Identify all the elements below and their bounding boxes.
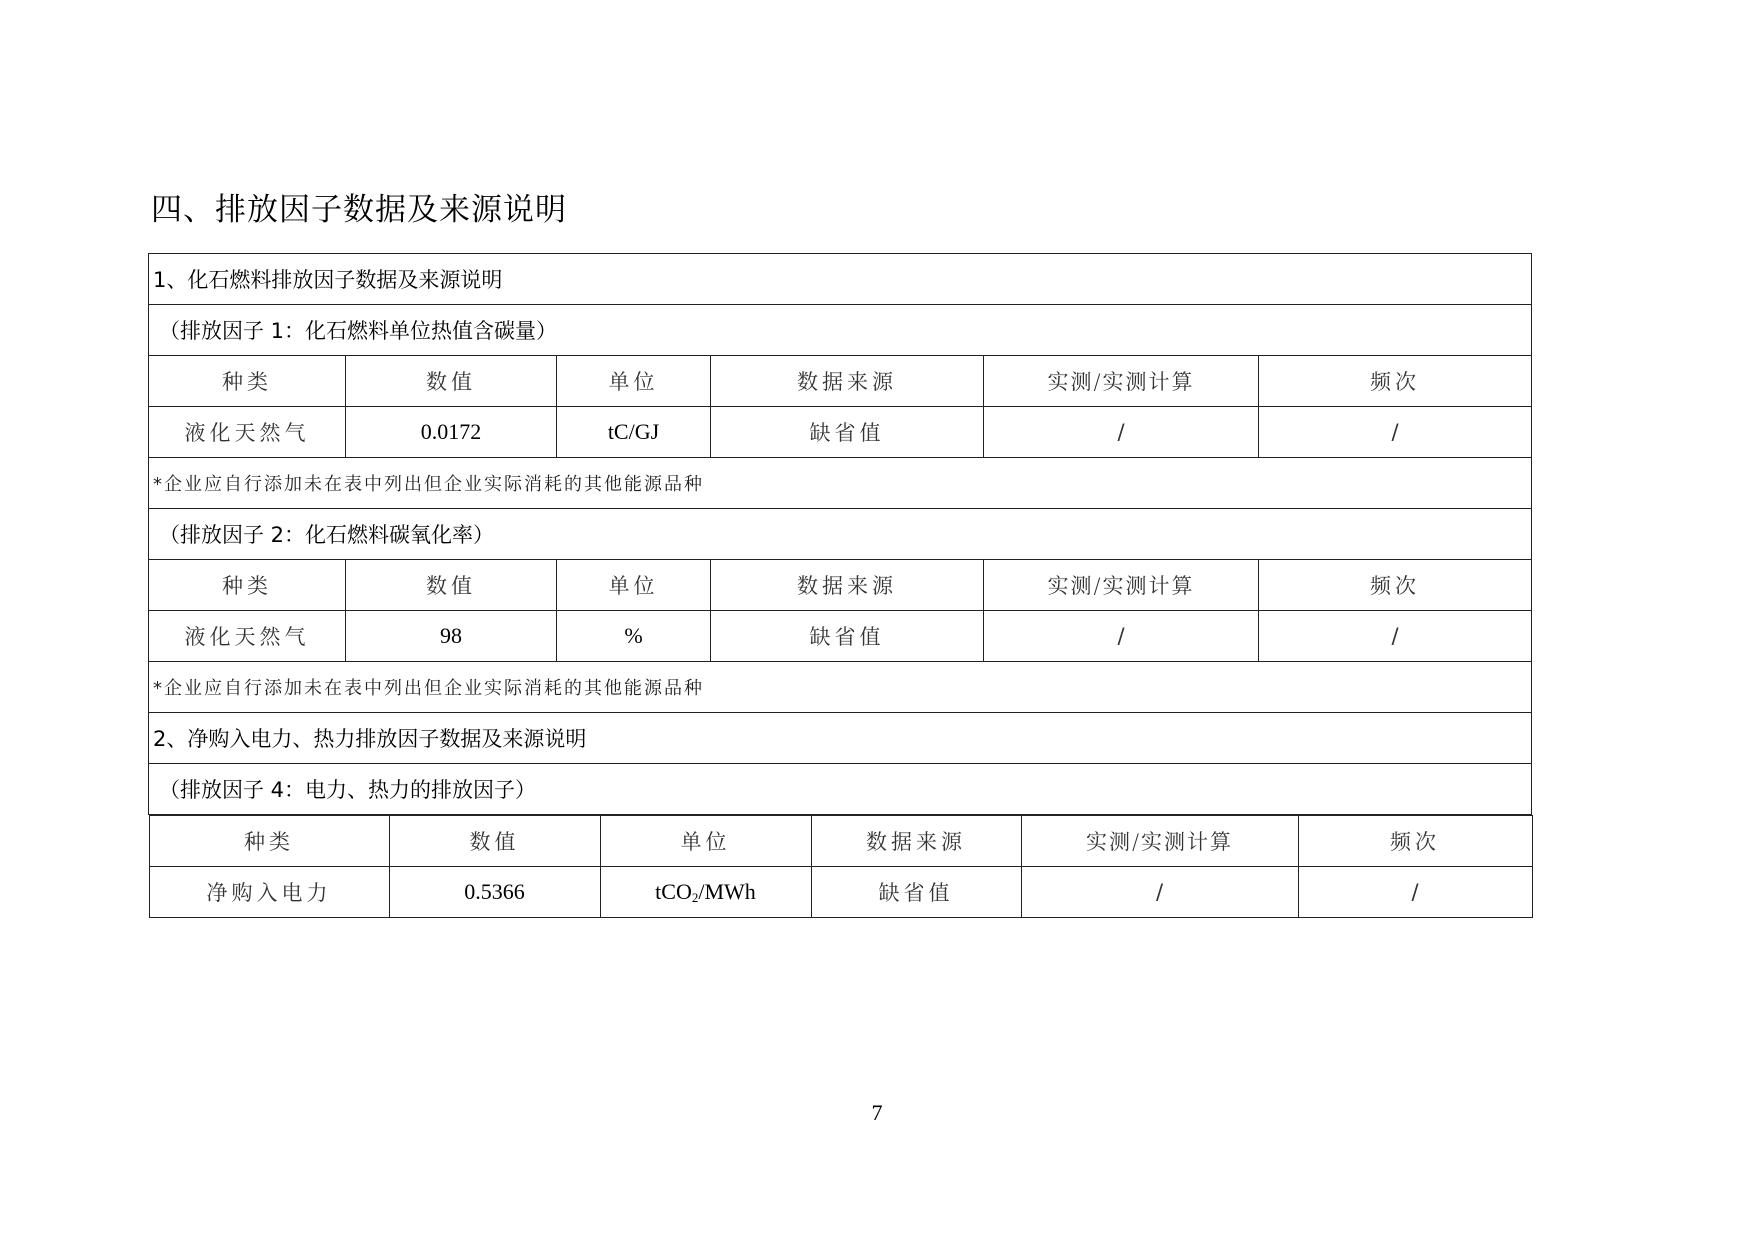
section-heading-row: 1、化石燃料排放因子数据及来源说明 [149, 254, 1532, 305]
table-row: 液化天然气 98 % 缺省值 / / [149, 611, 1532, 662]
column-header-source: 数据来源 [711, 560, 984, 611]
factor4-label: （排放因子 4：电力、热力的排放因子） [149, 764, 1532, 815]
page-title: 四、排放因子数据及来源说明 [151, 190, 567, 230]
cell-source: 缺省值 [711, 407, 984, 458]
column-header-kind: 种类 [149, 560, 346, 611]
cell-kind: 净购入电力 [149, 867, 389, 918]
column-header-value: 数值 [346, 560, 557, 611]
table-header-row: 种类 数值 单位 数据来源 实测/实测计算 频次 [149, 356, 1532, 407]
note-row: *企业应自行添加未在表中列出但企业实际消耗的其他能源品种 [149, 458, 1532, 509]
column-header-measured: 实测/实测计算 [1021, 816, 1298, 867]
column-header-value: 数值 [389, 816, 600, 867]
cell-value: 0.0172 [346, 407, 557, 458]
section2-heading: 2、净购入电力、热力排放因子数据及来源说明 [149, 713, 1532, 764]
column-header-measured: 实测/实测计算 [984, 356, 1259, 407]
column-header-source: 数据来源 [711, 356, 984, 407]
factor1-label: （排放因子 1：化石燃料单位热值含碳量） [149, 305, 1532, 356]
page-number: 7 [0, 1100, 1754, 1126]
cell-frequency: / [1298, 867, 1532, 918]
column-header-value: 数值 [346, 356, 557, 407]
factor-label-row: （排放因子 4：电力、热力的排放因子） [149, 764, 1532, 815]
factor2-note: *企业应自行添加未在表中列出但企业实际消耗的其他能源品种 [149, 662, 1532, 713]
factor4-table: 种类 数值 单位 数据来源 实测/实测计算 频次 净购入电力 0.5366 tC… [149, 815, 1533, 918]
factor-label-row: （排放因子 1：化石燃料单位热值含碳量） [149, 305, 1532, 356]
cell-measured: / [984, 611, 1259, 662]
section1-heading: 1、化石燃料排放因子数据及来源说明 [149, 254, 1532, 305]
table-header-row: 种类 数值 单位 数据来源 实测/实测计算 频次 [149, 560, 1532, 611]
cell-measured: / [1021, 867, 1298, 918]
section-heading-row: 2、净购入电力、热力排放因子数据及来源说明 [149, 713, 1532, 764]
cell-kind: 液化天然气 [149, 611, 346, 662]
column-header-frequency: 频次 [1259, 560, 1532, 611]
cell-unit: tC/GJ [557, 407, 711, 458]
table-row: 净购入电力 0.5366 tCO2/MWh 缺省值 / / [149, 867, 1532, 918]
column-header-kind: 种类 [149, 816, 389, 867]
factor4-table-wrapper: 种类 数值 单位 数据来源 实测/实测计算 频次 净购入电力 0.5366 tC… [149, 815, 1532, 919]
column-header-frequency: 频次 [1298, 816, 1532, 867]
cell-value: 0.5366 [389, 867, 600, 918]
column-header-source: 数据来源 [811, 816, 1021, 867]
cell-frequency: / [1259, 611, 1532, 662]
column-header-kind: 种类 [149, 356, 346, 407]
unit-suffix: /MWh [698, 879, 755, 904]
column-header-unit: 单位 [557, 356, 711, 407]
cell-unit: tCO2/MWh [600, 867, 811, 918]
cell-source: 缺省值 [811, 867, 1021, 918]
factor-label-row: （排放因子 2：化石燃料碳氧化率） [149, 509, 1532, 560]
factor1-note: *企业应自行添加未在表中列出但企业实际消耗的其他能源品种 [149, 458, 1532, 509]
unit-prefix: tCO [655, 879, 692, 904]
table-row: 液化天然气 0.0172 tC/GJ 缺省值 / / [149, 407, 1532, 458]
factor2-label: （排放因子 2：化石燃料碳氧化率） [149, 509, 1532, 560]
column-header-unit: 单位 [557, 560, 711, 611]
emission-factor-table: 1、化石燃料排放因子数据及来源说明 （排放因子 1：化石燃料单位热值含碳量） 种… [148, 253, 1532, 918]
note-row: *企业应自行添加未在表中列出但企业实际消耗的其他能源品种 [149, 662, 1532, 713]
cell-frequency: / [1259, 407, 1532, 458]
column-header-measured: 实测/实测计算 [984, 560, 1259, 611]
column-header-unit: 单位 [600, 816, 811, 867]
cell-measured: / [984, 407, 1259, 458]
cell-source: 缺省值 [711, 611, 984, 662]
cell-kind: 液化天然气 [149, 407, 346, 458]
factor4-container: 种类 数值 单位 数据来源 实测/实测计算 频次 净购入电力 0.5366 tC… [149, 815, 1532, 919]
cell-unit: % [557, 611, 711, 662]
table-header-row: 种类 数值 单位 数据来源 实测/实测计算 频次 [149, 816, 1532, 867]
cell-value: 98 [346, 611, 557, 662]
column-header-frequency: 频次 [1259, 356, 1532, 407]
